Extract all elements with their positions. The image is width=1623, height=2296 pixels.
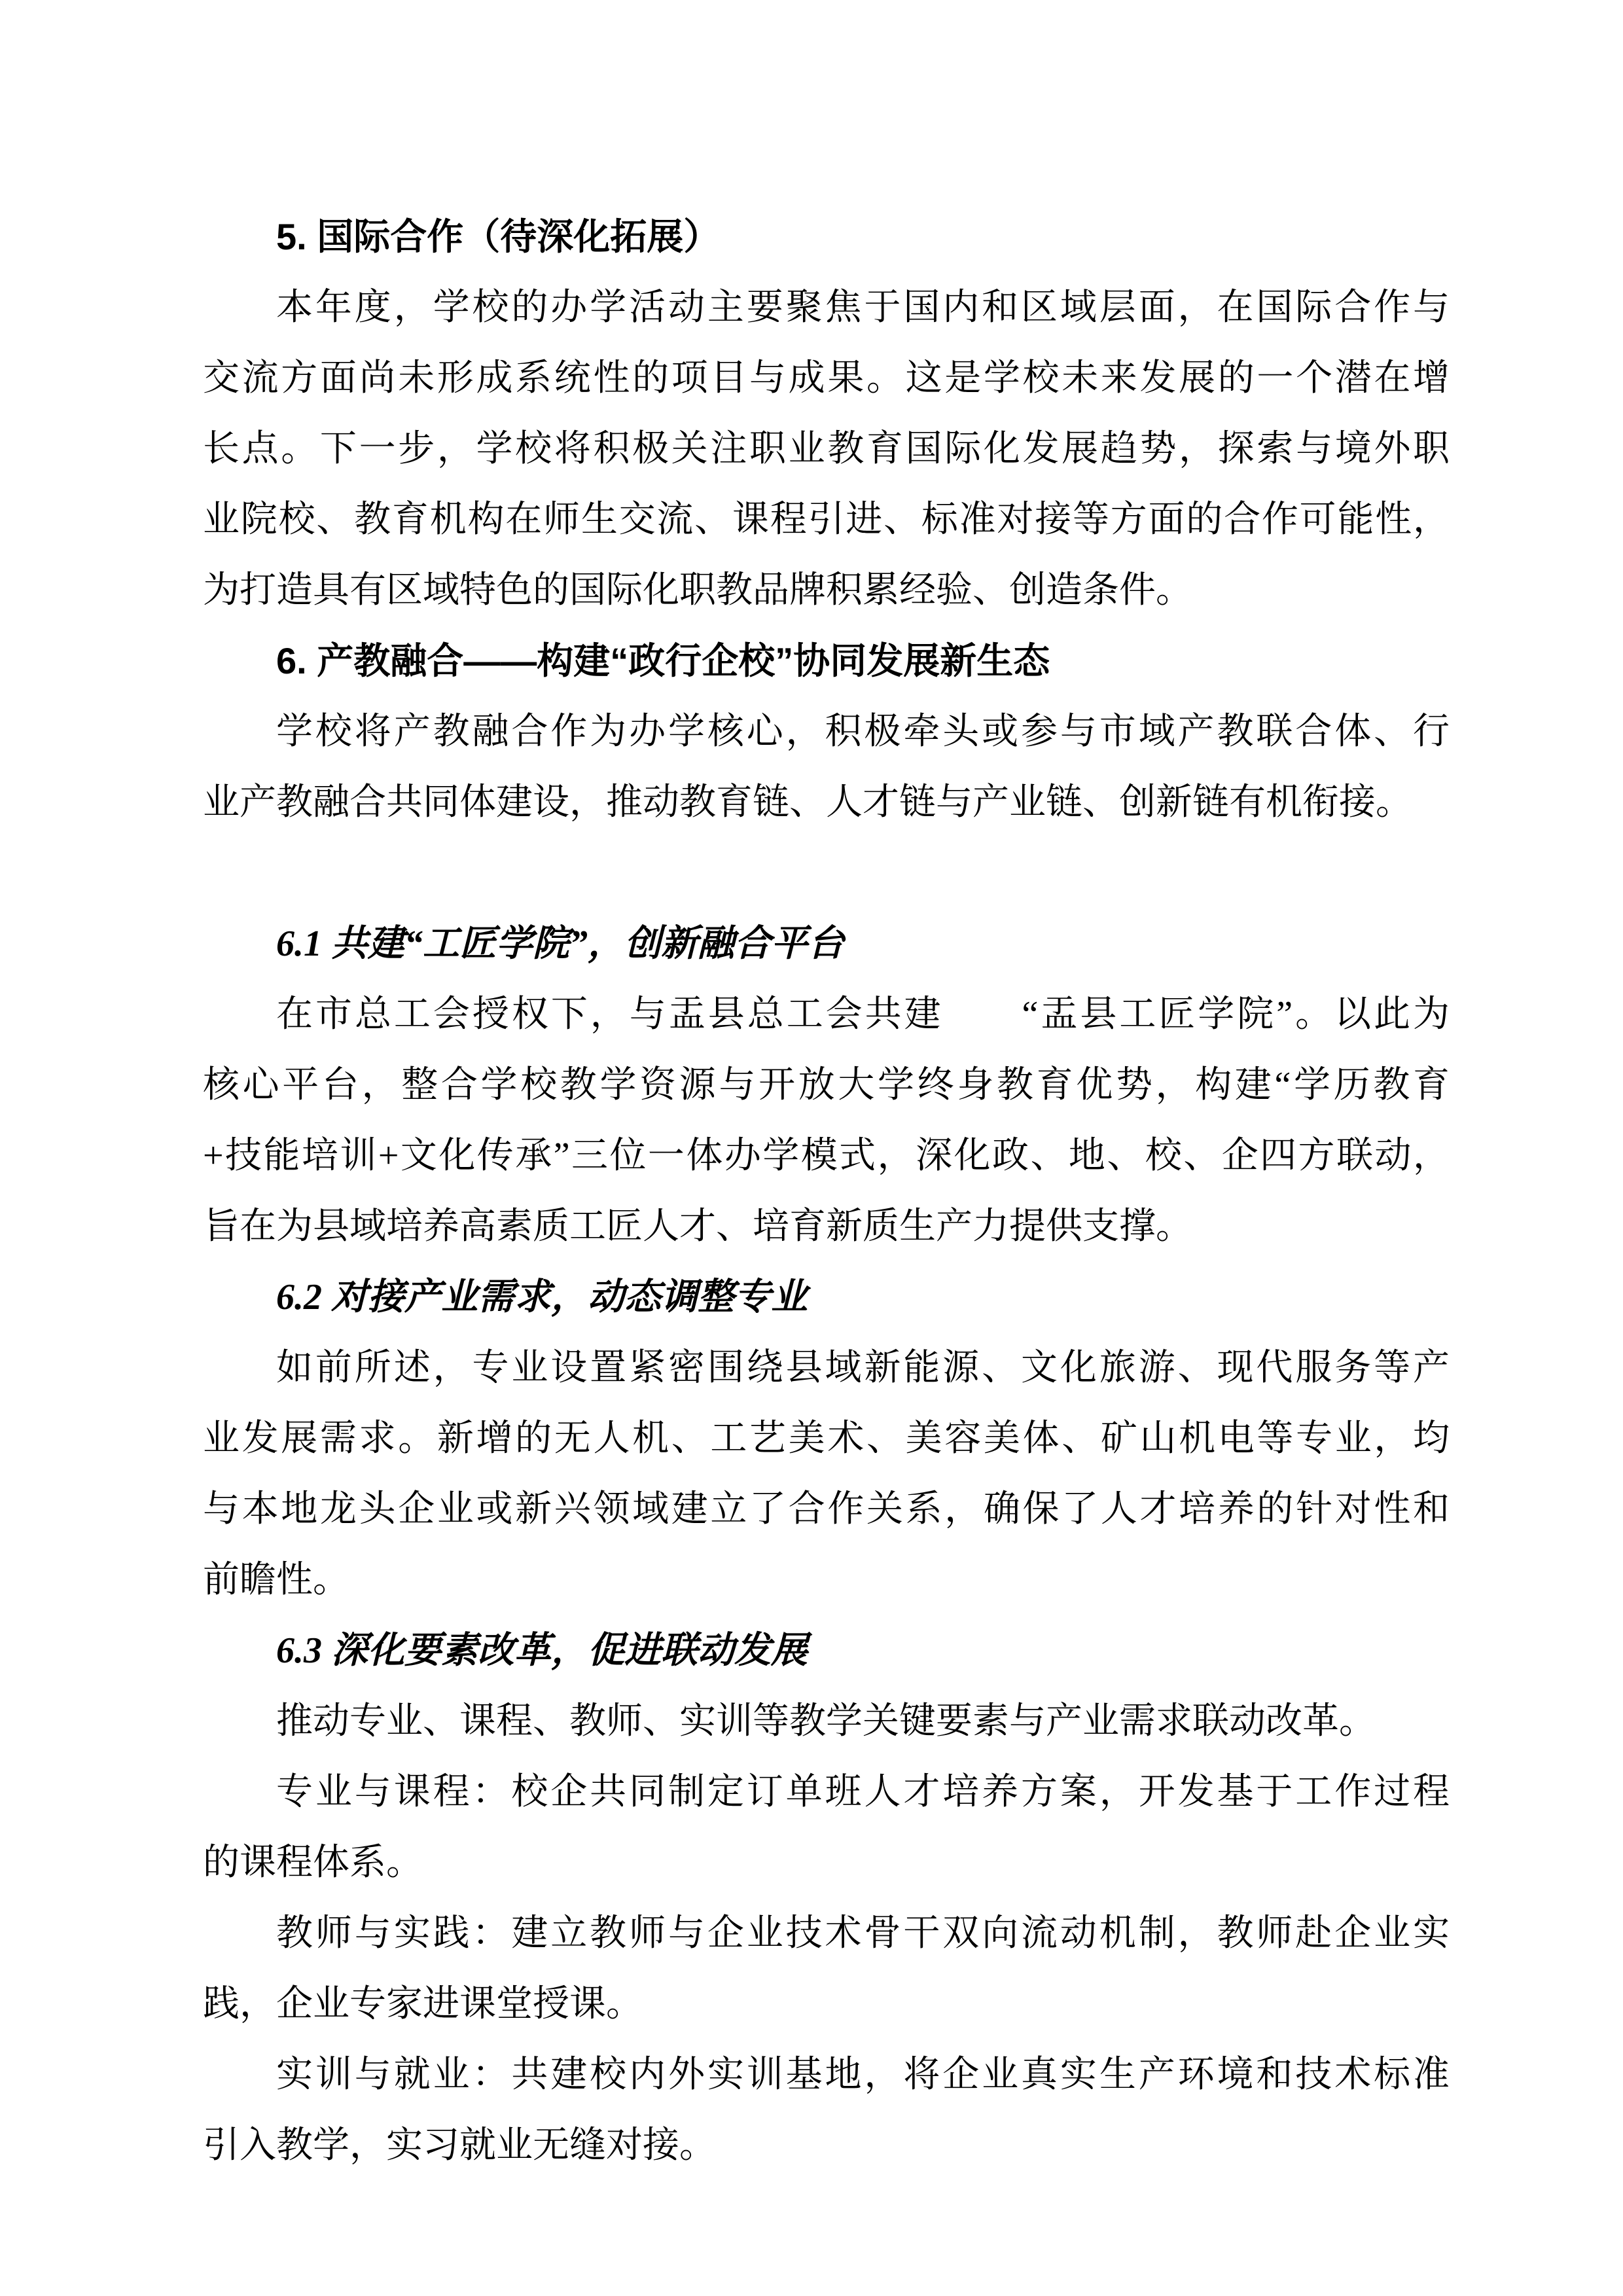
body-line: 引入教学，实习就业无缝对接。 <box>203 2110 1450 2181</box>
body-line: 业院校、教育机构在师生交流、课程引进、标准对接等方面的合作可能性， <box>203 484 1450 555</box>
body-line: 的课程体系。 <box>203 1827 1450 1898</box>
body-line: 专业与课程：校企共同制定订单班人才培养方案，开发基于工作过程 <box>203 1757 1450 1827</box>
body-line: 本年度，学校的办学活动主要聚焦于国内和区域层面，在国际合作与 <box>203 272 1450 343</box>
heading-section-6: 6. 产教融合——构建“政行企校”协同发展新生态 <box>203 626 1450 696</box>
body-line: 与本地龙头企业或新兴领域建立了合作关系，确保了人才培养的针对性和 <box>203 1474 1450 1545</box>
body-line: 旨在为县域培养高素质工匠人才、培育新质生产力提供支撑。 <box>203 1191 1450 1262</box>
body-line: 教师与实践：建立教师与企业技术骨干双向流动机制，教师赴企业实 <box>203 1898 1450 1969</box>
body-line: 为打造具有区域特色的国际化职教品牌积累经验、创造条件。 <box>203 555 1450 626</box>
body-line: 前瞻性。 <box>203 1545 1450 1615</box>
body-line: 交流方面尚未形成系统性的项目与成果。这是学校未来发展的一个潜在增 <box>203 343 1450 414</box>
blank-line <box>203 838 1450 908</box>
body-line: +技能培训+文化传承”三位一体办学模式，深化政、地、校、企四方联动， <box>203 1121 1450 1191</box>
body-line: 长点。下一步，学校将积极关注职业教育国际化发展趋势，探索与境外职 <box>203 414 1450 484</box>
body-line: 在市总工会授权下，与盂县总工会共建 “盂县工匠学院”。以此为 <box>203 979 1450 1050</box>
body-line: 如前所述，专业设置紧密围绕县域新能源、文化旅游、现代服务等产 <box>203 1333 1450 1403</box>
heading-section-5: 5. 国际合作（待深化拓展） <box>203 202 1450 272</box>
body-line: 核心平台，整合学校教学资源与开放大学终身教育优势，构建“学历教育 <box>203 1050 1450 1121</box>
body-line: 推动专业、课程、教师、实训等教学关键要素与产业需求联动改革。 <box>203 1686 1450 1757</box>
subheading-6-1: 6.1 共建“工匠学院”，创新融合平台 <box>203 908 1450 979</box>
subheading-6-2: 6.2 对接产业需求，动态调整专业 <box>203 1262 1450 1333</box>
body-line: 实训与就业：共建校内外实训基地，将企业真实生产环境和技术标准 <box>203 2039 1450 2110</box>
body-line: 业产教融合共同体建设，推动教育链、人才链与产业链、创新链有机衔接。 <box>203 767 1450 838</box>
body-line: 践，企业专家进课堂授课。 <box>203 1969 1450 2039</box>
subheading-6-3: 6.3 深化要素改革，促进联动发展 <box>203 1615 1450 1686</box>
body-line: 学校将产教融合作为办学核心，积极牵头或参与市域产教联合体、行 <box>203 696 1450 767</box>
document-page: 5. 国际合作（待深化拓展） 本年度，学校的办学活动主要聚焦于国内和区域层面，在… <box>0 0 1623 2296</box>
body-line: 业发展需求。新增的无人机、工艺美术、美容美体、矿山机电等专业，均 <box>203 1403 1450 1474</box>
